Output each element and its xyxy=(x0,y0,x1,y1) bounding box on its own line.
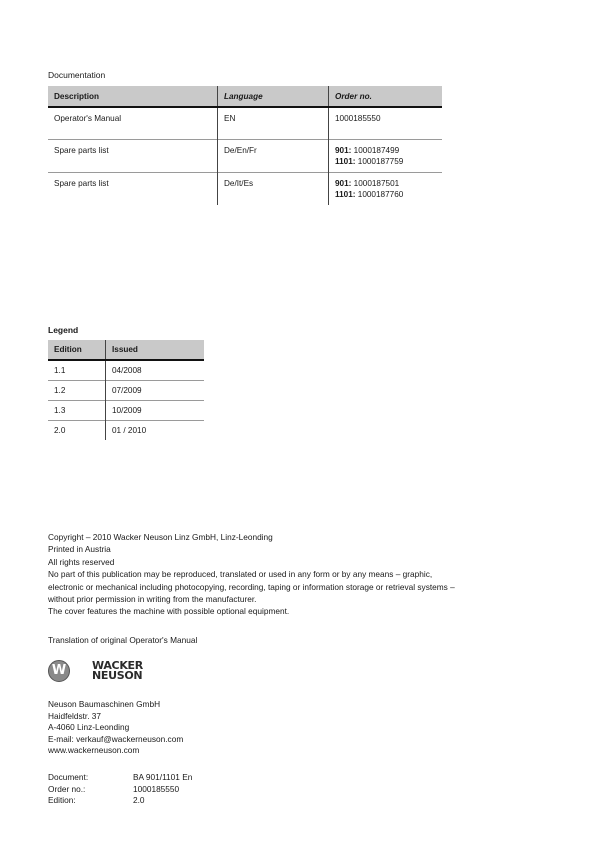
table-row: 1.1 04/2008 xyxy=(48,360,204,381)
logo-wordmark: WACKER NEUSON xyxy=(92,661,143,681)
doc-info-value: 1000185550 xyxy=(133,784,179,794)
table-row: 1.2 07/2009 xyxy=(48,381,204,401)
order-value: 1000187760 xyxy=(356,190,404,199)
printed-line: Printed in Austria xyxy=(48,543,468,555)
order-prefix: 901: xyxy=(335,179,351,188)
legend-table: Edition Issued 1.1 04/2008 1.2 07/2009 1… xyxy=(48,340,204,440)
order-prefix: 1101: xyxy=(335,157,356,166)
legend-title: Legend xyxy=(48,325,78,335)
rights-line: All rights reserved xyxy=(48,556,468,568)
cover-note: The cover features the machine with poss… xyxy=(48,605,468,617)
header-edition: Edition xyxy=(48,340,106,360)
cell-order: 901: 1000187499 1101: 1000187759 xyxy=(329,140,443,173)
doc-info-row: Document:BA 901/1101 En xyxy=(48,772,248,784)
copyright-line: Copyright – 2010 Wacker Neuson Linz GmbH… xyxy=(48,531,468,543)
documentation-title: Documentation xyxy=(48,70,105,80)
documentation-table: Description Language Order no. Operator'… xyxy=(48,86,442,205)
city: A-4060 Linz-Leonding xyxy=(48,722,248,734)
table-row: Spare parts list De/En/Fr 901: 100018749… xyxy=(48,140,442,173)
cell-language: EN xyxy=(218,107,329,140)
table-row: Spare parts list De/It/Es 901: 100018750… xyxy=(48,173,442,206)
doc-info-value: BA 901/1101 En xyxy=(133,772,192,782)
doc-info-row: Order no.:1000185550 xyxy=(48,784,248,796)
order-value: 1000187499 xyxy=(351,146,399,155)
cell-edition: 1.3 xyxy=(48,401,106,421)
order-prefix: 901: xyxy=(335,146,351,155)
reproduction-notice: No part of this publication may be repro… xyxy=(48,568,468,605)
table-row: 1.3 10/2009 xyxy=(48,401,204,421)
header-language: Language xyxy=(218,86,329,107)
header-order-no: Order no. xyxy=(329,86,443,107)
doc-info-key: Document: xyxy=(48,772,133,784)
street: Haidfeldstr. 37 xyxy=(48,711,248,723)
cell-issued: 01 / 2010 xyxy=(106,421,205,441)
company-name: Neuson Baumaschinen GmbH xyxy=(48,699,248,711)
cell-order: 901: 1000187501 1101: 1000187760 xyxy=(329,173,443,206)
cell-language: De/En/Fr xyxy=(218,140,329,173)
doc-info-row: Edition:2.0 xyxy=(48,795,248,807)
cell-description: Spare parts list xyxy=(48,140,218,173)
table-row: Operator's Manual EN 1000185550 xyxy=(48,107,442,140)
order-value: 1000187501 xyxy=(351,179,399,188)
order-value: 1000185550 xyxy=(335,114,381,123)
doc-info-key: Order no.: xyxy=(48,784,133,796)
document-info: Document:BA 901/1101 En Order no.:100018… xyxy=(48,772,248,807)
cell-description: Operator's Manual xyxy=(48,107,218,140)
cell-description: Spare parts list xyxy=(48,173,218,206)
cell-edition: 1.2 xyxy=(48,381,106,401)
cell-language: De/It/Es xyxy=(218,173,329,206)
copyright-block: Copyright – 2010 Wacker Neuson Linz GmbH… xyxy=(48,531,468,618)
cell-issued: 10/2009 xyxy=(106,401,205,421)
order-value: 1000187759 xyxy=(356,157,404,166)
w-logo-icon: W xyxy=(48,660,70,682)
address-block: Neuson Baumaschinen GmbH Haidfeldstr. 37… xyxy=(48,699,248,757)
email: E-mail: verkauf@wackerneuson.com xyxy=(48,734,248,746)
header-description: Description xyxy=(48,86,218,107)
cell-order: 1000185550 xyxy=(329,107,443,140)
cell-issued: 07/2009 xyxy=(106,381,205,401)
doc-info-key: Edition: xyxy=(48,795,133,807)
logo-line-2: NEUSON xyxy=(92,671,143,681)
translation-note: Translation of original Operator's Manua… xyxy=(48,634,468,646)
wacker-neuson-logo: W WACKER NEUSON xyxy=(48,660,158,684)
cell-edition: 2.0 xyxy=(48,421,106,441)
doc-info-value: 2.0 xyxy=(133,795,145,805)
website: www.wackerneuson.com xyxy=(48,745,248,757)
cell-edition: 1.1 xyxy=(48,360,106,381)
header-issued: Issued xyxy=(106,340,205,360)
order-prefix: 1101: xyxy=(335,190,356,199)
table-row: 2.0 01 / 2010 xyxy=(48,421,204,441)
cell-issued: 04/2008 xyxy=(106,360,205,381)
